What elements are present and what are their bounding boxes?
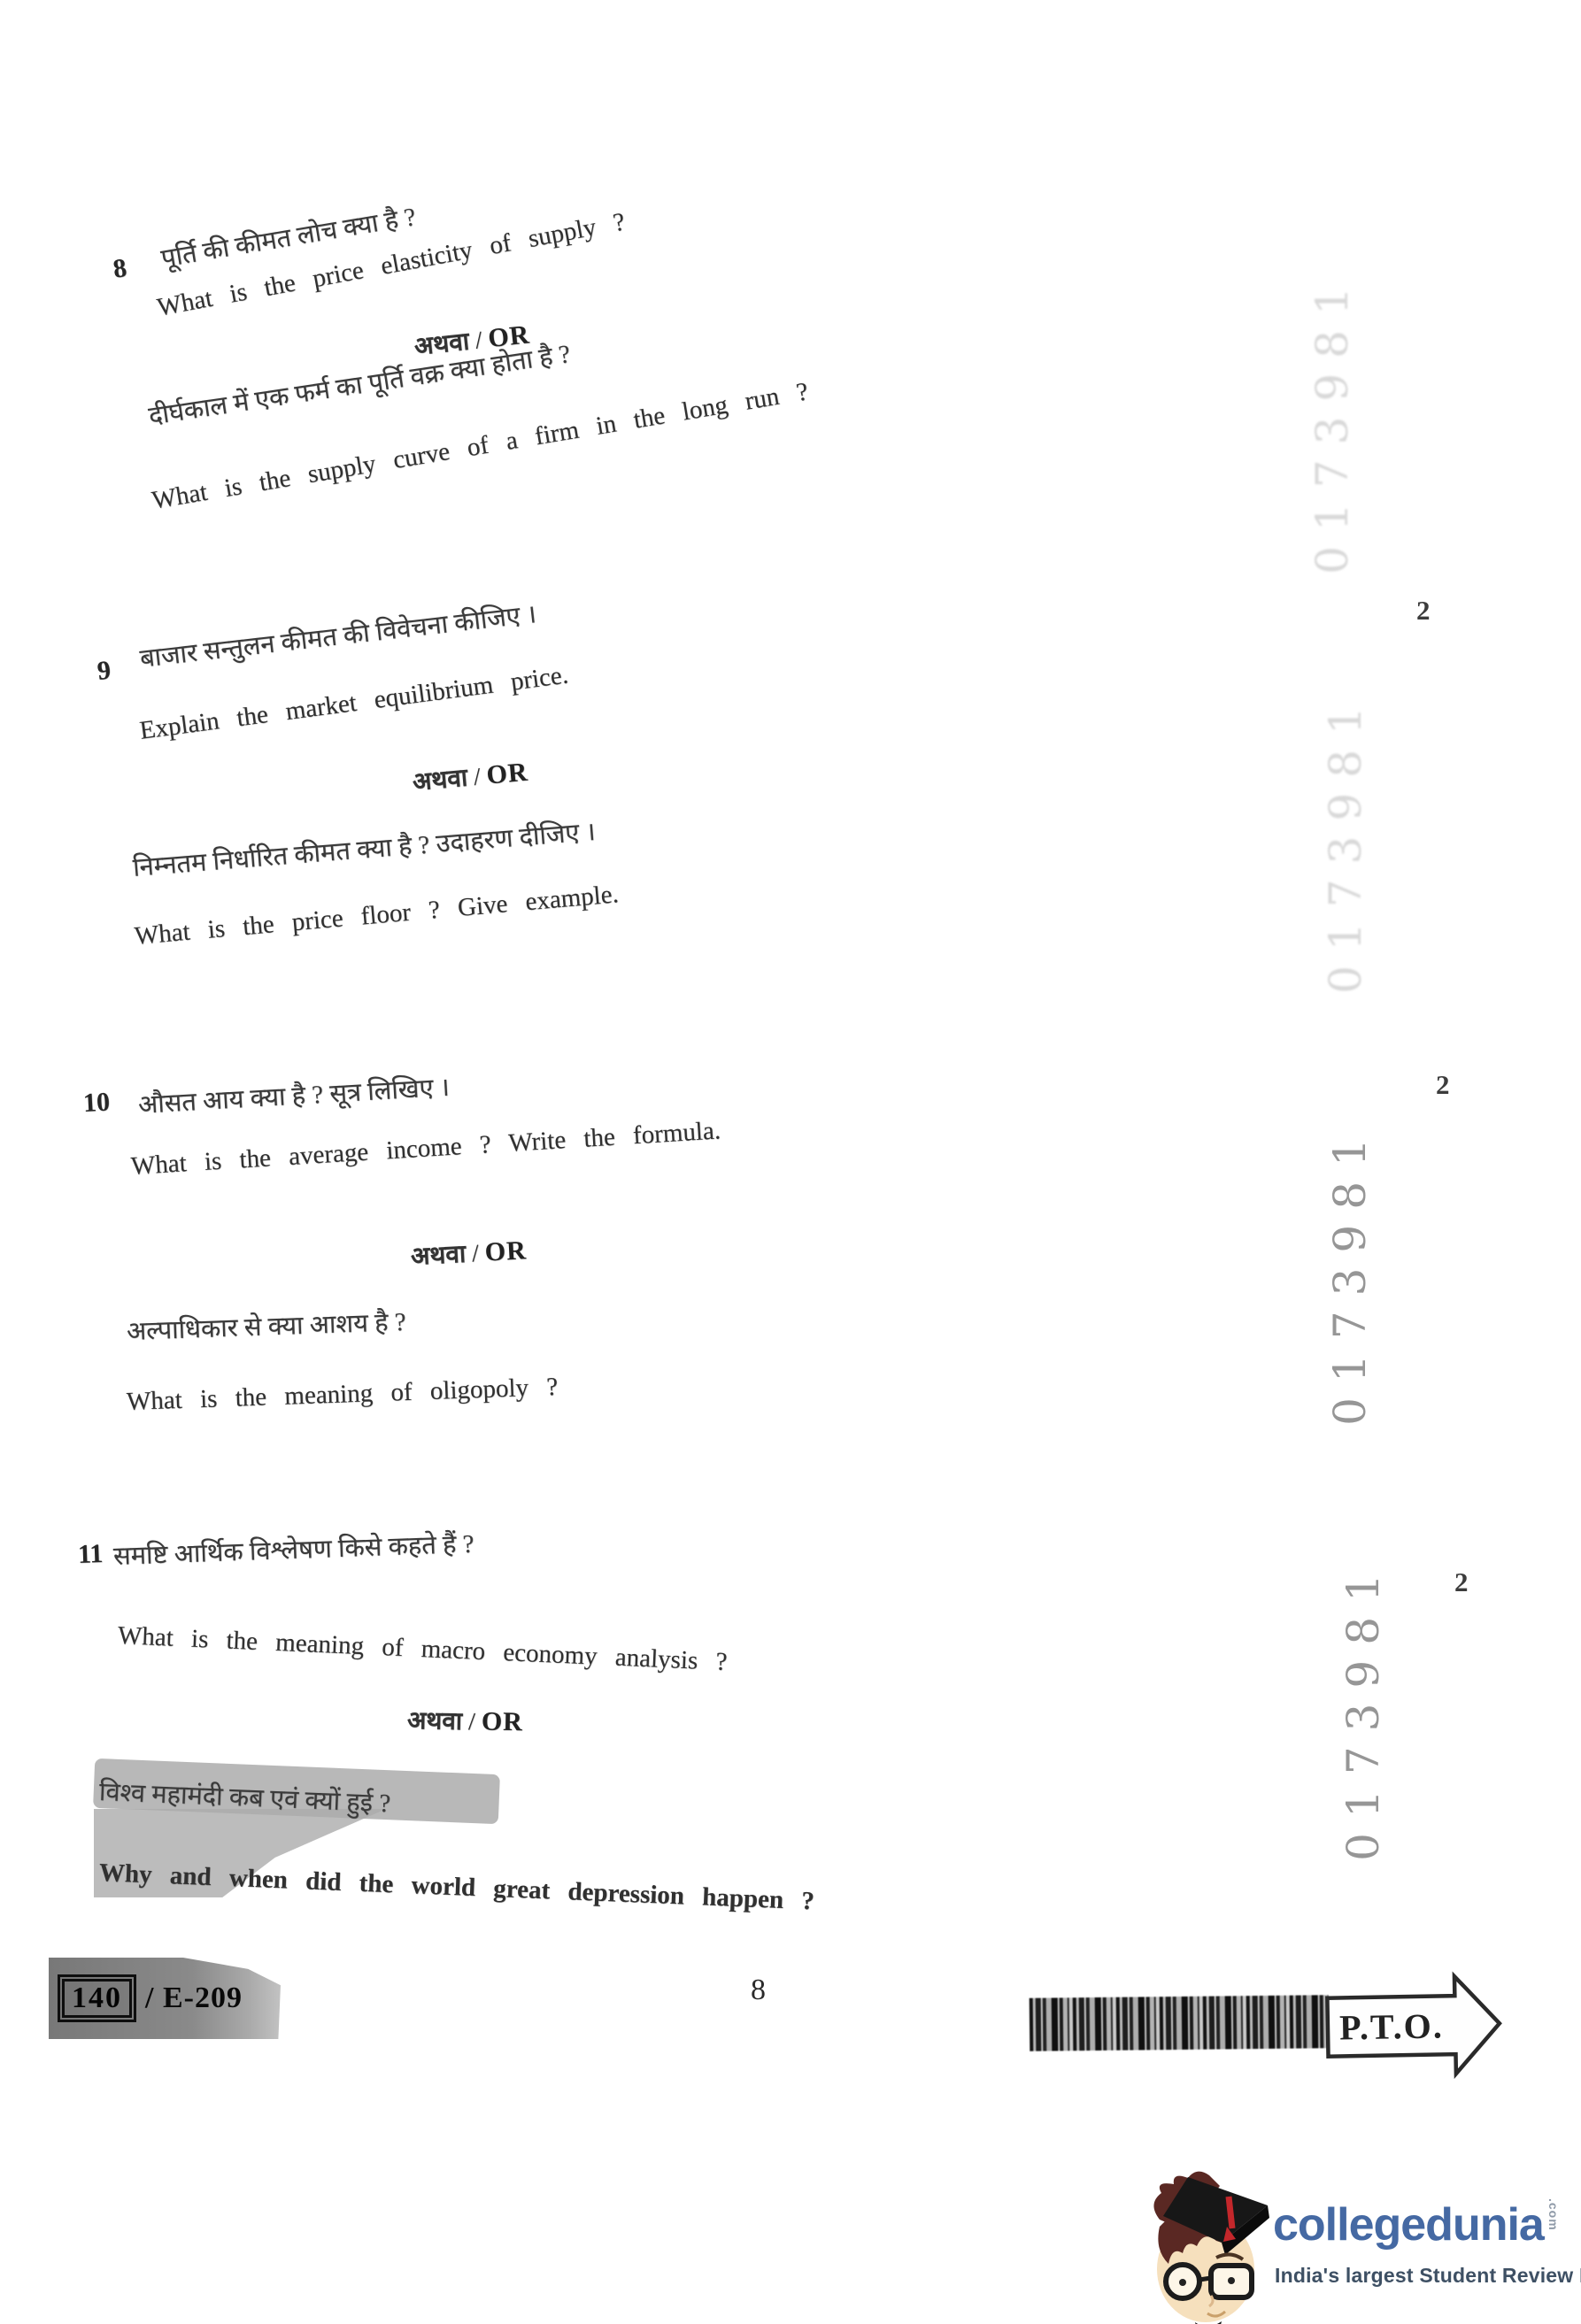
brand-tagline: India's largest Student Review Platform (1275, 2264, 1581, 2288)
or-hindi: अथवा (407, 1707, 463, 1735)
marks-badge: 2 (1454, 1566, 1469, 1598)
page-number: 8 (751, 1974, 766, 2007)
question-english: Explain the market equilibrium price. (138, 660, 570, 745)
question-number: 11 (77, 1539, 104, 1570)
serial-stamp: 0173981 (1324, 1123, 1376, 1426)
or-english: OR (482, 1706, 524, 1736)
brand-domain-suffix: .com (1546, 2198, 1561, 2239)
brand-logo: collegedunia.com India's largest Student… (1126, 2165, 1581, 2324)
or-hindi: अथवा (410, 1241, 467, 1271)
question-alt-hindi: निम्नतम निर्धारित कीमत क्या है ? उदाहरण … (131, 813, 596, 884)
question-number: 9 (96, 656, 112, 687)
pto-arrow-shape: P.T.O. (1322, 1966, 1506, 2087)
pto-arrow: P.T.O. (1322, 1966, 1506, 2091)
question-number: 8 (112, 253, 129, 285)
question-alt-english: Why and when did the world great depress… (98, 1858, 814, 1916)
or-divider: अथवा / OR (407, 1703, 524, 1738)
question-english: What is the average income ? Write the f… (130, 1116, 721, 1181)
question-english: What is the meaning of macro economy ana… (117, 1621, 728, 1677)
paper-code-patch: 140 / E-209 (49, 1958, 281, 2039)
serial-stamp: 0173981 (1338, 1558, 1389, 1861)
barcode (1030, 1995, 1330, 2051)
or-english: OR (484, 1235, 528, 1266)
question-alt-english: What is the meaning of oligopoly ? (126, 1373, 558, 1417)
brand-name: collegedunia.com (1273, 2198, 1561, 2251)
or-slash: / (468, 1708, 475, 1735)
scanned-question-paper-page: 8 पूर्ति की कीमत लोच क्या है ? What is t… (0, 0, 1581, 2324)
question-hindi: बाजार सन्तुलन कीमत की विवेचना कीजिए । (138, 596, 538, 675)
or-slash: / (471, 1240, 479, 1267)
or-divider: अथवा / OR (410, 1233, 528, 1273)
marks-badge: 2 (1416, 595, 1431, 627)
graduate-boy-icon (1133, 2165, 1275, 2324)
question-hindi: समष्टि आर्थिक विश्लेषण किसे कहते हैं ? (112, 1526, 474, 1573)
marks-badge: 2 (1436, 1069, 1450, 1101)
question-alt-hindi: अल्पाधिकार से क्या आशय है ? (126, 1304, 406, 1348)
paper-code-suffix: / E-209 (145, 1982, 243, 2015)
or-hindi: अथवा (412, 765, 469, 796)
pto-label: P.T.O. (1339, 2005, 1444, 2047)
question-number: 10 (82, 1087, 111, 1119)
paper-code-number: 140 (62, 1979, 132, 2018)
serial-stamp: 0173981 (1307, 272, 1358, 574)
or-divider: अथवा / OR (411, 755, 529, 798)
serial-stamp: 0173981 (1320, 691, 1371, 994)
or-slash: / (473, 763, 482, 791)
question-alt-english: What is the price floor ? Give example. (134, 880, 621, 951)
paper-code-box: 140 (58, 1974, 136, 2022)
question-alt-hindi: दीर्घकाल में एक फर्म का पूर्ति वक्र क्या… (146, 335, 573, 433)
or-english: OR (485, 758, 529, 790)
question-hindi: औसत आय क्या है ? सूत्र लिखिए । (137, 1069, 451, 1121)
brand-text: collegedunia (1273, 2199, 1544, 2251)
